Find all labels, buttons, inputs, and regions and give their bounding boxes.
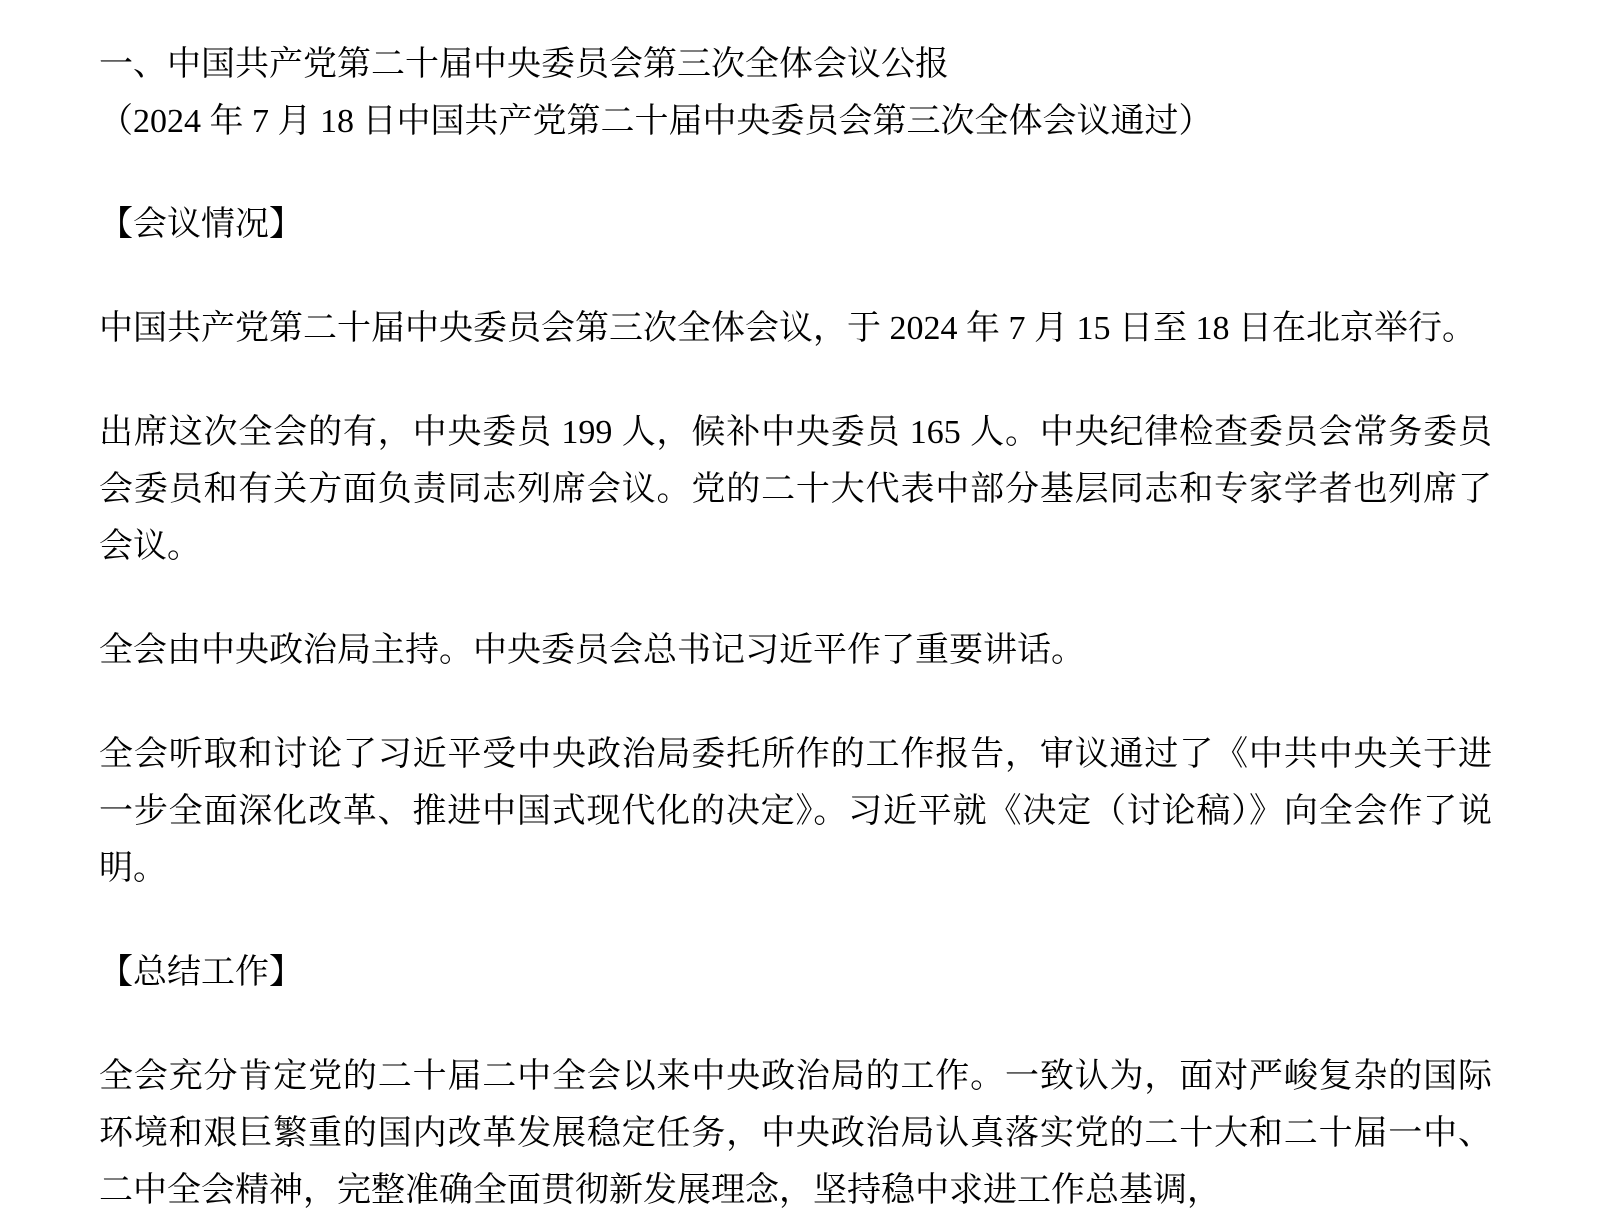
document-title: 一、中国共产党第二十届中央委员会第三次全体会议公报 (99, 36, 1492, 93)
section-heading-meeting-overview: 【会议情况】 (99, 196, 1492, 253)
paragraph-work-affirmation: 全会充分肯定党的二十届二中全会以来中央政治局的工作。一致认为，面对严峻复杂的国际… (99, 1048, 1492, 1219)
paragraph-presiding: 全会由中央政治局主持。中央委员会总书记习近平作了重要讲话。 (99, 622, 1492, 679)
document-title-block: 一、中国共产党第二十届中央委员会第三次全体会议公报 （2024 年 7 月 18… (99, 36, 1492, 150)
paragraph-attendance: 出席这次全会的有，中央委员 199 人，候补中央委员 165 人。中央纪律检查委… (99, 404, 1492, 575)
paragraph-session-dates: 中国共产党第二十届中央委员会第三次全体会议，于 2024 年 7 月 15 日至… (99, 300, 1492, 357)
paragraph-report-review: 全会听取和讨论了习近平受中央政治局委托所作的工作报告，审议通过了《中共中央关于进… (99, 726, 1492, 897)
document-page: 一、中国共产党第二十届中央委员会第三次全体会议公报 （2024 年 7 月 18… (0, 0, 1604, 1222)
document-subtitle: （2024 年 7 月 18 日中国共产党第二十届中央委员会第三次全体会议通过） (99, 93, 1492, 150)
section-heading-work-summary: 【总结工作】 (99, 944, 1492, 1001)
